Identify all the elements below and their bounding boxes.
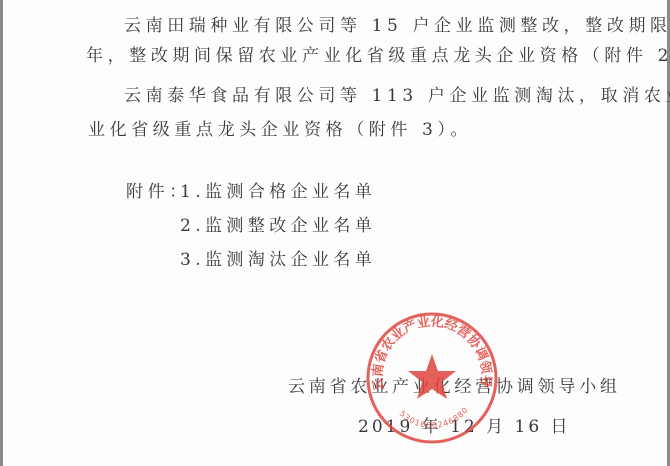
paragraph-1-line-1: 云南田瑞种业有限公司等 15 户企业监测整改，整改期限 1 — [124, 16, 670, 36]
document-page: 云南田瑞种业有限公司等 15 户企业监测整改，整改期限 1 年，整改期间保留农业… — [0, 0, 670, 466]
attachment-item-1: 1.监测合格企业名单 — [180, 182, 376, 202]
stamp-code: 5301000246880 — [398, 405, 471, 430]
paragraph-2-line-2: 业化省级重点龙头企业资格（附件 3）。 — [88, 120, 472, 140]
page-left-border — [0, 0, 3, 466]
paragraph-1-line-2: 年，整改期间保留农业产业化省级重点龙头企业资格（附件 2）。 — [86, 46, 670, 66]
official-seal-stamp: 云南省农业产业化经营协调领导小组办公室 5301000246880 — [364, 310, 500, 446]
attachment-item-3: 3.监测淘汰企业名单 — [180, 250, 376, 270]
paragraph-2-line-1: 云南泰华食品有限公司等 113 户企业监测淘汰，取消农业产 — [124, 86, 670, 106]
svg-text:5301000246880: 5301000246880 — [398, 405, 471, 430]
star-icon — [408, 354, 456, 399]
attachment-item-2: 2.监测整改企业名单 — [180, 216, 376, 236]
